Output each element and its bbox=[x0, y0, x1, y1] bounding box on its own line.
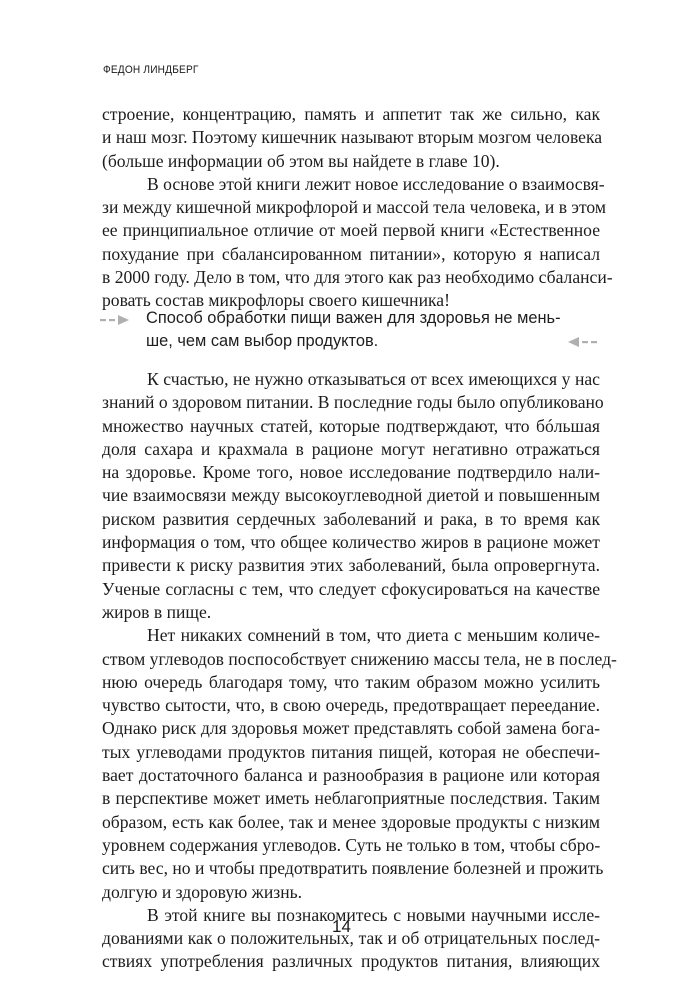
text-line: в перспективе может иметь неблагоприятны… bbox=[102, 787, 600, 810]
text-line: знаний о здоровом питании. В последние г… bbox=[102, 391, 600, 414]
text-line: риском развития сердечных заболеваний и … bbox=[102, 508, 600, 531]
paragraph-block-2: К счастью, не нужно отказываться от всех… bbox=[102, 368, 600, 974]
text-line: долгую и здоровую жизнь. bbox=[102, 881, 600, 904]
text-line: чие взаимосвязи между высокоуглеводной д… bbox=[102, 484, 600, 507]
text-line: сить вес, но и чтобы предотвратить появл… bbox=[102, 857, 600, 880]
text-line: жиров в пище. bbox=[102, 601, 600, 624]
pull-quote-line: Способ обработки пищи важен для здоровья… bbox=[146, 307, 566, 330]
text-line: ством углеводов поспособствует снижению … bbox=[102, 648, 600, 671]
text-line: зи между кишечной микрофлорой и массой т… bbox=[102, 196, 600, 219]
text-line: тых углеводами продуктов питания пищей, … bbox=[102, 741, 600, 764]
text-line: ствиях употребления различных продуктов … bbox=[102, 950, 600, 973]
text-line: нюю очередь благодаря тому, что таким об… bbox=[102, 671, 600, 694]
text-line: чувство сытости, что, в свою очередь, пр… bbox=[102, 694, 600, 717]
running-head-author: ФЕДОН ЛИНДБЕРГ bbox=[103, 64, 199, 76]
pull-quote: Способ обработки пищи важен для здоровья… bbox=[146, 307, 566, 353]
text-line: вает достаточного баланса и разнообразия… bbox=[102, 764, 600, 787]
text-line: множество научных статей, которые подтве… bbox=[102, 415, 600, 438]
text-line: Нет никаких сомнений в том, что диета с … bbox=[102, 624, 600, 647]
text-line: ее принципиальное отличие от моей первой… bbox=[102, 219, 600, 242]
text-line: Ученые согласны с тем, что следует сфоку… bbox=[102, 578, 600, 601]
pull-quote-line: ше, чем сам выбор продуктов. bbox=[146, 330, 566, 353]
text-line: на здоровье. Кроме того, новое исследова… bbox=[102, 461, 600, 484]
text-line: строение, концентрацию, память и аппетит… bbox=[102, 103, 600, 126]
paragraph-block-1: строение, концентрацию, память и аппетит… bbox=[102, 103, 600, 313]
text-line: уровнем содержания углеводов. Суть не то… bbox=[102, 834, 600, 857]
text-line: и наш мозг. Поэтому кишечник называют вт… bbox=[102, 126, 600, 149]
text-line: похудание при сбалансированном питании»,… bbox=[102, 243, 600, 266]
text-line: доля сахара и крахмала в рационе могут н… bbox=[102, 438, 600, 461]
text-line: Однако риск для здоровья может представл… bbox=[102, 717, 600, 740]
book-page: ФЕДОН ЛИНДБЕРГ строение, концентрацию, п… bbox=[0, 0, 683, 1001]
text-line: привести к риску развития этих заболеван… bbox=[102, 554, 600, 577]
page-number: 14 bbox=[0, 917, 683, 937]
text-line: в 2000 году. Дело в том, что для этого к… bbox=[102, 266, 600, 289]
callout-start-arrow-icon bbox=[100, 312, 132, 330]
text-line: В основе этой книги лежит новое исследов… bbox=[102, 173, 600, 196]
callout-end-arrow-icon bbox=[568, 334, 600, 352]
text-line: информация о том, что общее количество ж… bbox=[102, 531, 600, 554]
text-line: образом, есть как более, так и менее здо… bbox=[102, 811, 600, 834]
text-line: (больше информации об этом вы найдете в … bbox=[102, 150, 600, 173]
text-line: К счастью, не нужно отказываться от всех… bbox=[102, 368, 600, 391]
